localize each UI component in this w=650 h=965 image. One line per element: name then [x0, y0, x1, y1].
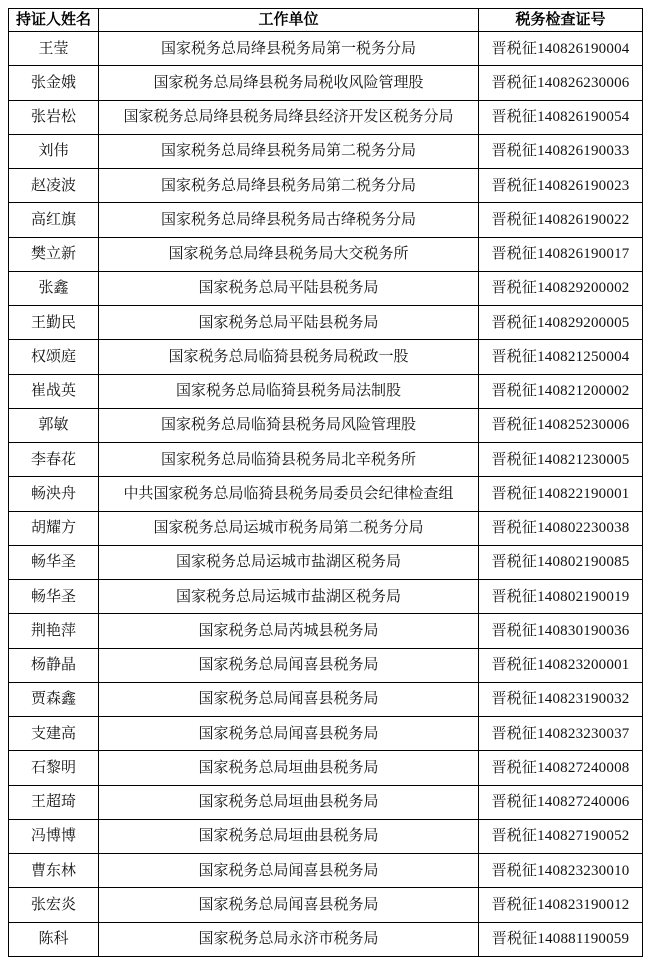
table-header: 持证人姓名 工作单位 税务检查证号	[9, 9, 643, 32]
table-row: 张金娥国家税务总局绛县税务局税收风险管理股晋税征140826230006	[9, 66, 643, 100]
table-row: 权颂庭国家税务总局临猗县税务局税政一股晋税征140821250004	[9, 340, 643, 374]
cell-cert_no: 晋税征140829200005	[479, 306, 643, 340]
table-row: 石黎明国家税务总局垣曲县税务局晋税征140827240008	[9, 751, 643, 785]
cell-cert_no: 晋税征140826190054	[479, 100, 643, 134]
cell-unit: 国家税务总局绛县税务局古绛税务分局	[99, 203, 479, 237]
table-body: 王莹国家税务总局绛县税务局第一税务分局晋税征140826190004张金娥国家税…	[9, 32, 643, 957]
table-row: 崔战英国家税务总局临猗县税务局法制股晋税征140821200002	[9, 374, 643, 408]
cell-cert_no: 晋税征140823200001	[479, 648, 643, 682]
table-row: 荆艳萍国家税务总局芮城县税务局晋税征140830190036	[9, 614, 643, 648]
cell-cert_no: 晋税征140823190012	[479, 888, 643, 922]
cell-cert_no: 晋税征140827240006	[479, 785, 643, 819]
cell-unit: 国家税务总局垣曲县税务局	[99, 751, 479, 785]
certificate-table: 持证人姓名 工作单位 税务检查证号 王莹国家税务总局绛县税务局第一税务分局晋税征…	[8, 8, 643, 957]
cell-name: 贾森鑫	[9, 682, 99, 716]
table-row: 李春花国家税务总局临猗县税务局北辛税务所晋税征140821230005	[9, 443, 643, 477]
cell-cert_no: 晋税征140825230006	[479, 408, 643, 442]
cell-unit: 国家税务总局绛县税务局第二税务分局	[99, 134, 479, 168]
cell-unit: 国家税务总局临猗县税务局风险管理股	[99, 408, 479, 442]
table-row: 贾森鑫国家税务总局闻喜县税务局晋税征140823190032	[9, 682, 643, 716]
cell-unit: 国家税务总局垣曲县税务局	[99, 819, 479, 853]
cell-name: 荆艳萍	[9, 614, 99, 648]
cell-name: 王莹	[9, 32, 99, 66]
table-row: 杨静晶国家税务总局闻喜县税务局晋税征140823200001	[9, 648, 643, 682]
cell-unit: 国家税务总局闻喜县税务局	[99, 888, 479, 922]
cell-cert_no: 晋税征140830190036	[479, 614, 643, 648]
table-row: 郭敏国家税务总局临猗县税务局风险管理股晋税征140825230006	[9, 408, 643, 442]
cell-unit: 国家税务总局平陆县税务局	[99, 306, 479, 340]
column-header-unit: 工作单位	[99, 9, 479, 32]
cell-cert_no: 晋税征140823230010	[479, 854, 643, 888]
cell-name: 郭敏	[9, 408, 99, 442]
cell-name: 陈科	[9, 922, 99, 957]
column-header-cert-no: 税务检查证号	[479, 9, 643, 32]
cell-unit: 国家税务总局平陆县税务局	[99, 271, 479, 305]
cell-unit: 国家税务总局运城市盐湖区税务局	[99, 580, 479, 614]
cell-unit: 国家税务总局绛县税务局绛县经济开发区税务分局	[99, 100, 479, 134]
table-row: 畅泱舟中共国家税务总局临猗县税务局委员会纪律检查组晋税征140822190001	[9, 477, 643, 511]
table-row: 王超琦国家税务总局垣曲县税务局晋税征140827240006	[9, 785, 643, 819]
cell-unit: 中共国家税务总局临猗县税务局委员会纪律检查组	[99, 477, 479, 511]
cell-unit: 国家税务总局绛县税务局大交税务所	[99, 237, 479, 271]
cell-cert_no: 晋税征140881190059	[479, 922, 643, 957]
cell-cert_no: 晋税征140829200002	[479, 271, 643, 305]
cell-name: 赵凌波	[9, 169, 99, 203]
cell-unit: 国家税务总局临猗县税务局法制股	[99, 374, 479, 408]
cell-name: 畅华圣	[9, 545, 99, 579]
cell-name: 崔战英	[9, 374, 99, 408]
table-row: 冯博博国家税务总局垣曲县税务局晋税征140827190052	[9, 819, 643, 853]
cell-unit: 国家税务总局永济市税务局	[99, 922, 479, 957]
cell-name: 樊立新	[9, 237, 99, 271]
cell-name: 支建高	[9, 717, 99, 751]
cell-cert_no: 晋税征140822190001	[479, 477, 643, 511]
table-row: 陈科国家税务总局永济市税务局晋税征140881190059	[9, 922, 643, 957]
cell-cert_no: 晋税征140821230005	[479, 443, 643, 477]
table-row: 刘伟国家税务总局绛县税务局第二税务分局晋税征140826190033	[9, 134, 643, 168]
header-row: 持证人姓名 工作单位 税务检查证号	[9, 9, 643, 32]
cell-cert_no: 晋税征140827240008	[479, 751, 643, 785]
cell-cert_no: 晋税征140826190033	[479, 134, 643, 168]
cell-name: 王超琦	[9, 785, 99, 819]
cell-cert_no: 晋税征140826190004	[479, 32, 643, 66]
table-row: 曹东林国家税务总局闻喜县税务局晋税征140823230010	[9, 854, 643, 888]
table-row: 樊立新国家税务总局绛县税务局大交税务所晋税征140826190017	[9, 237, 643, 271]
cell-name: 畅泱舟	[9, 477, 99, 511]
cell-unit: 国家税务总局芮城县税务局	[99, 614, 479, 648]
cell-name: 畅华圣	[9, 580, 99, 614]
cell-name: 杨静晶	[9, 648, 99, 682]
table-row: 畅华圣国家税务总局运城市盐湖区税务局晋税征140802190085	[9, 545, 643, 579]
table-row: 赵凌波国家税务总局绛县税务局第二税务分局晋税征140826190023	[9, 169, 643, 203]
cell-name: 张宏炎	[9, 888, 99, 922]
table-row: 胡耀方国家税务总局运城市税务局第二税务分局晋税征140802230038	[9, 511, 643, 545]
cell-name: 权颂庭	[9, 340, 99, 374]
document-page: 持证人姓名 工作单位 税务检查证号 王莹国家税务总局绛县税务局第一税务分局晋税征…	[0, 0, 650, 965]
table-row: 王莹国家税务总局绛县税务局第一税务分局晋税征140826190004	[9, 32, 643, 66]
cell-name: 石黎明	[9, 751, 99, 785]
cell-cert_no: 晋税征140802190085	[479, 545, 643, 579]
cell-name: 胡耀方	[9, 511, 99, 545]
cell-cert_no: 晋税征140826190017	[479, 237, 643, 271]
cell-unit: 国家税务总局运城市盐湖区税务局	[99, 545, 479, 579]
cell-cert_no: 晋税征140826190022	[479, 203, 643, 237]
cell-name: 张金娥	[9, 66, 99, 100]
cell-unit: 国家税务总局垣曲县税务局	[99, 785, 479, 819]
cell-unit: 国家税务总局绛县税务局第二税务分局	[99, 169, 479, 203]
cell-name: 李春花	[9, 443, 99, 477]
cell-name: 刘伟	[9, 134, 99, 168]
cell-name: 高红旗	[9, 203, 99, 237]
cell-cert_no: 晋税征140823230037	[479, 717, 643, 751]
cell-cert_no: 晋税征140826230006	[479, 66, 643, 100]
column-header-name: 持证人姓名	[9, 9, 99, 32]
cell-cert_no: 晋税征140802190019	[479, 580, 643, 614]
table-row: 支建高国家税务总局闻喜县税务局晋税征140823230037	[9, 717, 643, 751]
cell-unit: 国家税务总局闻喜县税务局	[99, 682, 479, 716]
cell-name: 张鑫	[9, 271, 99, 305]
cell-name: 王勤民	[9, 306, 99, 340]
cell-name: 曹东林	[9, 854, 99, 888]
cell-unit: 国家税务总局闻喜县税务局	[99, 648, 479, 682]
table-row: 张鑫国家税务总局平陆县税务局晋税征140829200002	[9, 271, 643, 305]
cell-name: 冯博博	[9, 819, 99, 853]
cell-cert_no: 晋税征140826190023	[479, 169, 643, 203]
table-row: 张宏炎国家税务总局闻喜县税务局晋税征140823190012	[9, 888, 643, 922]
cell-cert_no: 晋税征140823190032	[479, 682, 643, 716]
cell-cert_no: 晋税征140821200002	[479, 374, 643, 408]
table-row: 王勤民国家税务总局平陆县税务局晋税征140829200005	[9, 306, 643, 340]
table-row: 高红旗国家税务总局绛县税务局古绛税务分局晋税征140826190022	[9, 203, 643, 237]
cell-unit: 国家税务总局运城市税务局第二税务分局	[99, 511, 479, 545]
cell-name: 张岩松	[9, 100, 99, 134]
cell-unit: 国家税务总局临猗县税务局税政一股	[99, 340, 479, 374]
cell-unit: 国家税务总局绛县税务局第一税务分局	[99, 32, 479, 66]
cell-unit: 国家税务总局临猗县税务局北辛税务所	[99, 443, 479, 477]
cell-cert_no: 晋税征140821250004	[479, 340, 643, 374]
cell-cert_no: 晋税征140827190052	[479, 819, 643, 853]
cell-cert_no: 晋税征140802230038	[479, 511, 643, 545]
cell-unit: 国家税务总局绛县税务局税收风险管理股	[99, 66, 479, 100]
cell-unit: 国家税务总局闻喜县税务局	[99, 854, 479, 888]
table-row: 畅华圣国家税务总局运城市盐湖区税务局晋税征140802190019	[9, 580, 643, 614]
cell-unit: 国家税务总局闻喜县税务局	[99, 717, 479, 751]
table-row: 张岩松国家税务总局绛县税务局绛县经济开发区税务分局晋税征140826190054	[9, 100, 643, 134]
